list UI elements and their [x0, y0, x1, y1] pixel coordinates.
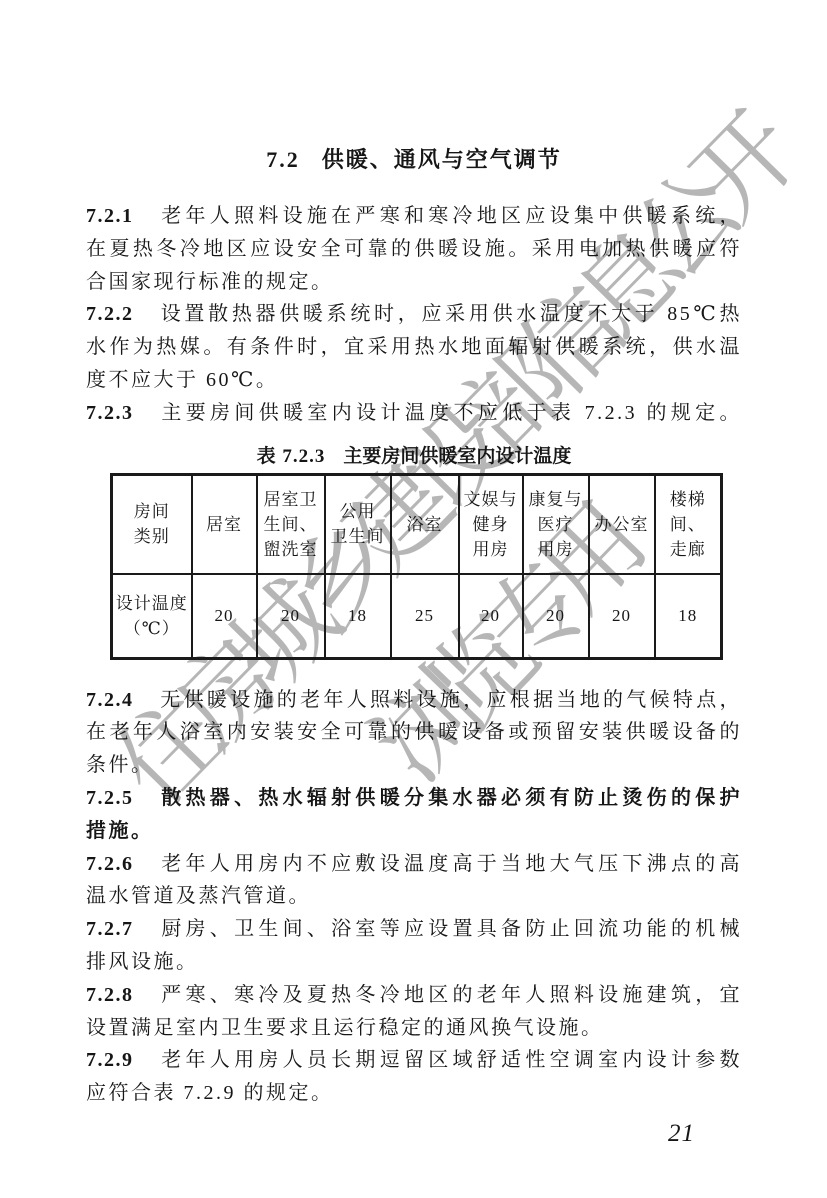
- clause-text: 散热器、热水辐射供暖分集水器必须有防止烫伤的保护: [160, 787, 743, 809]
- clause-line: 水作为热媒。有条件时，宜采用热水地面辐射供暖系统，供水温: [86, 331, 742, 364]
- clause-number: 7.2.8: [86, 984, 134, 1006]
- clause-text: 合国家现行标准的规定。: [86, 271, 334, 293]
- table-value-cell: 20: [523, 574, 589, 659]
- table-caption-title: 主要房间供暖室内设计温度: [343, 446, 571, 467]
- clause-line: 7.2.7厨房、卫生间、浴室等应设置具备防止回流功能的机械: [86, 913, 742, 946]
- table-caption: 表 7.2.3主要房间供暖室内设计温度: [86, 445, 742, 473]
- table-header-cell: 康复与 医疗 用房: [523, 474, 589, 574]
- table-header-cell: 办公室: [589, 474, 655, 574]
- clause-text: 排风设施。: [86, 951, 199, 973]
- table-header-cell: 文娱与 健身 用房: [459, 474, 523, 574]
- clause-text: 温水管道及蒸汽管道。: [86, 885, 311, 907]
- clause-line: 温水管道及蒸汽管道。: [86, 880, 742, 913]
- clause-number: 7.2.2: [86, 303, 134, 325]
- clause-7-2-2: 7.2.2设置散热器供暖系统时，应采用供水温度不大于 85℃热 水作为热媒。有条…: [86, 298, 742, 396]
- clause-text: 老年人用房人员长期逗留区域舒适性空调室内设计参数: [160, 1049, 743, 1071]
- clause-line: 7.2.1老年人照料设施在严寒和寒冷地区应设集中供暖系统，: [86, 200, 742, 233]
- table-header-row: 房间 类别 居室 居室卫 生间、 盥洗室 公用 卫生间 浴室 文娱与 健身 用房…: [112, 474, 722, 574]
- clause-line: 在夏热冬冷地区应设安全可靠的供暖设施。采用电加热供暖应符: [86, 233, 742, 266]
- clause-text: 主要房间供暖室内设计温度不应低于表 7.2.3 的规定。: [160, 402, 743, 424]
- clause-7-2-7: 7.2.7厨房、卫生间、浴室等应设置具备防止回流功能的机械 排风设施。: [86, 913, 742, 979]
- document-body: 7.2供暖、通风与空气调节 7.2.1老年人照料设施在严寒和寒冷地区应设集中供暖…: [86, 147, 742, 1110]
- clause-line: 设置满足室内卫生要求且运行稳定的通风换气设施。: [86, 1012, 742, 1045]
- page-number: 21: [668, 1120, 695, 1148]
- table-row-label: 设计温度 （℃）: [112, 574, 192, 659]
- table-value-cell: 20: [589, 574, 655, 659]
- clause-text: 严寒、寒冷及夏热冬冷地区的老年人照料设施建筑，宜: [160, 984, 743, 1006]
- clause-7-2-8: 7.2.8严寒、寒冷及夏热冬冷地区的老年人照料设施建筑，宜 设置满足室内卫生要求…: [86, 979, 742, 1045]
- clause-7-2-9: 7.2.9老年人用房人员长期逗留区域舒适性空调室内设计参数 应符合表 7.2.9…: [86, 1044, 742, 1110]
- table-value-cell: 20: [192, 574, 257, 659]
- scanned-document-page: 住房城乡建设部信息公开 浏览专用 7.2供暖、通风与空气调节 7.2.1老年人照…: [0, 0, 827, 1198]
- table-header-cell: 公用 卫生间: [325, 474, 391, 574]
- clause-number: 7.2.7: [86, 918, 134, 940]
- clause-7-2-6: 7.2.6老年人用房内不应敷设温度高于当地大气压下沸点的高 温水管道及蒸汽管道。: [86, 848, 742, 914]
- clause-line: 合国家现行标准的规定。: [86, 266, 742, 299]
- table-value-cell: 20: [459, 574, 523, 659]
- clause-line: 7.2.2设置散热器供暖系统时，应采用供水温度不大于 85℃热: [86, 298, 742, 331]
- clause-line: 度不应大于 60℃。: [86, 364, 742, 397]
- clause-7-2-4: 7.2.4无供暖设施的老年人照料设施，应根据当地的气候特点， 在老年人浴室内安装…: [86, 684, 742, 782]
- table-value-cell: 20: [257, 574, 325, 659]
- clause-line: 排风设施。: [86, 946, 742, 979]
- clause-text: 条件。: [86, 754, 154, 776]
- table-caption-number: 表 7.2.3: [257, 446, 326, 467]
- table-header-cell: 浴室: [391, 474, 459, 574]
- clause-text: 在老年人浴室内安装安全可靠的供暖设备或预留安装供暖设备的: [86, 721, 742, 743]
- clause-text: 度不应大于 60℃。: [86, 369, 278, 391]
- clause-number: 7.2.3: [86, 402, 134, 424]
- clause-text: 在夏热冬冷地区应设安全可靠的供暖设施。采用电加热供暖应符: [86, 238, 742, 260]
- clause-7-2-1: 7.2.1老年人照料设施在严寒和寒冷地区应设集中供暖系统， 在夏热冬冷地区应设安…: [86, 200, 742, 298]
- table-header-cell: 居室卫 生间、 盥洗室: [257, 474, 325, 574]
- table-value-cell: 25: [391, 574, 459, 659]
- clause-line: 7.2.6老年人用房内不应敷设温度高于当地大气压下沸点的高: [86, 848, 742, 881]
- clause-number: 7.2.1: [86, 205, 134, 227]
- clause-text: 老年人照料设施在严寒和寒冷地区应设集中供暖系统，: [160, 205, 743, 227]
- table-value-cell: 18: [655, 574, 722, 659]
- clause-line: 措施。: [86, 815, 742, 848]
- clause-text: 设置散热器供暖系统时，应采用供水温度不大于 85℃热: [160, 303, 743, 325]
- clause-number: 7.2.6: [86, 853, 134, 875]
- clause-number: 7.2.5: [86, 787, 134, 809]
- clause-text: 措施。: [86, 820, 154, 842]
- clause-line: 7.2.9老年人用房人员长期逗留区域舒适性空调室内设计参数: [86, 1044, 742, 1077]
- clause-line: 条件。: [86, 749, 742, 782]
- section-number: 7.2: [266, 147, 300, 172]
- section-title: 供暖、通风与空气调节: [322, 147, 562, 172]
- table-value-cell: 18: [325, 574, 391, 659]
- table-value-row: 设计温度 （℃） 20 20 18 25 20 20 20 18: [112, 574, 722, 659]
- section-heading: 7.2供暖、通风与空气调节: [86, 147, 742, 200]
- clause-number: 7.2.4: [86, 689, 134, 711]
- table-header-cell: 居室: [192, 474, 257, 574]
- clause-line: 7.2.5散热器、热水辐射供暖分集水器必须有防止烫伤的保护: [86, 782, 742, 815]
- clause-text: 老年人用房内不应敷设温度高于当地大气压下沸点的高: [160, 853, 743, 875]
- design-temperature-table: 房间 类别 居室 居室卫 生间、 盥洗室 公用 卫生间 浴室 文娱与 健身 用房…: [110, 473, 723, 660]
- clause-text: 水作为热媒。有条件时，宜采用热水地面辐射供暖系统，供水温: [86, 336, 742, 358]
- table-corner-header: 房间 类别: [112, 474, 192, 574]
- clause-line: 7.2.4无供暖设施的老年人照料设施，应根据当地的气候特点，: [86, 684, 742, 717]
- clause-text: 设置满足室内卫生要求且运行稳定的通风换气设施。: [86, 1017, 604, 1039]
- clause-7-2-5: 7.2.5散热器、热水辐射供暖分集水器必须有防止烫伤的保护 措施。: [86, 782, 742, 848]
- clause-line: 应符合表 7.2.9 的规定。: [86, 1077, 742, 1110]
- clause-text: 厨房、卫生间、浴室等应设置具备防止回流功能的机械: [160, 918, 743, 940]
- clause-line: 在老年人浴室内安装安全可靠的供暖设备或预留安装供暖设备的: [86, 716, 742, 749]
- clause-7-2-3: 7.2.3主要房间供暖室内设计温度不应低于表 7.2.3 的规定。: [86, 397, 742, 430]
- clause-number: 7.2.9: [86, 1049, 134, 1071]
- clause-line: 7.2.3主要房间供暖室内设计温度不应低于表 7.2.3 的规定。: [86, 397, 742, 430]
- table-header-cell: 楼梯间、 走廊: [655, 474, 722, 574]
- clause-text: 无供暖设施的老年人照料设施，应根据当地的气候特点，: [160, 689, 743, 711]
- clause-text: 应符合表 7.2.9 的规定。: [86, 1082, 334, 1104]
- clause-line: 7.2.8严寒、寒冷及夏热冬冷地区的老年人照料设施建筑，宜: [86, 979, 742, 1012]
